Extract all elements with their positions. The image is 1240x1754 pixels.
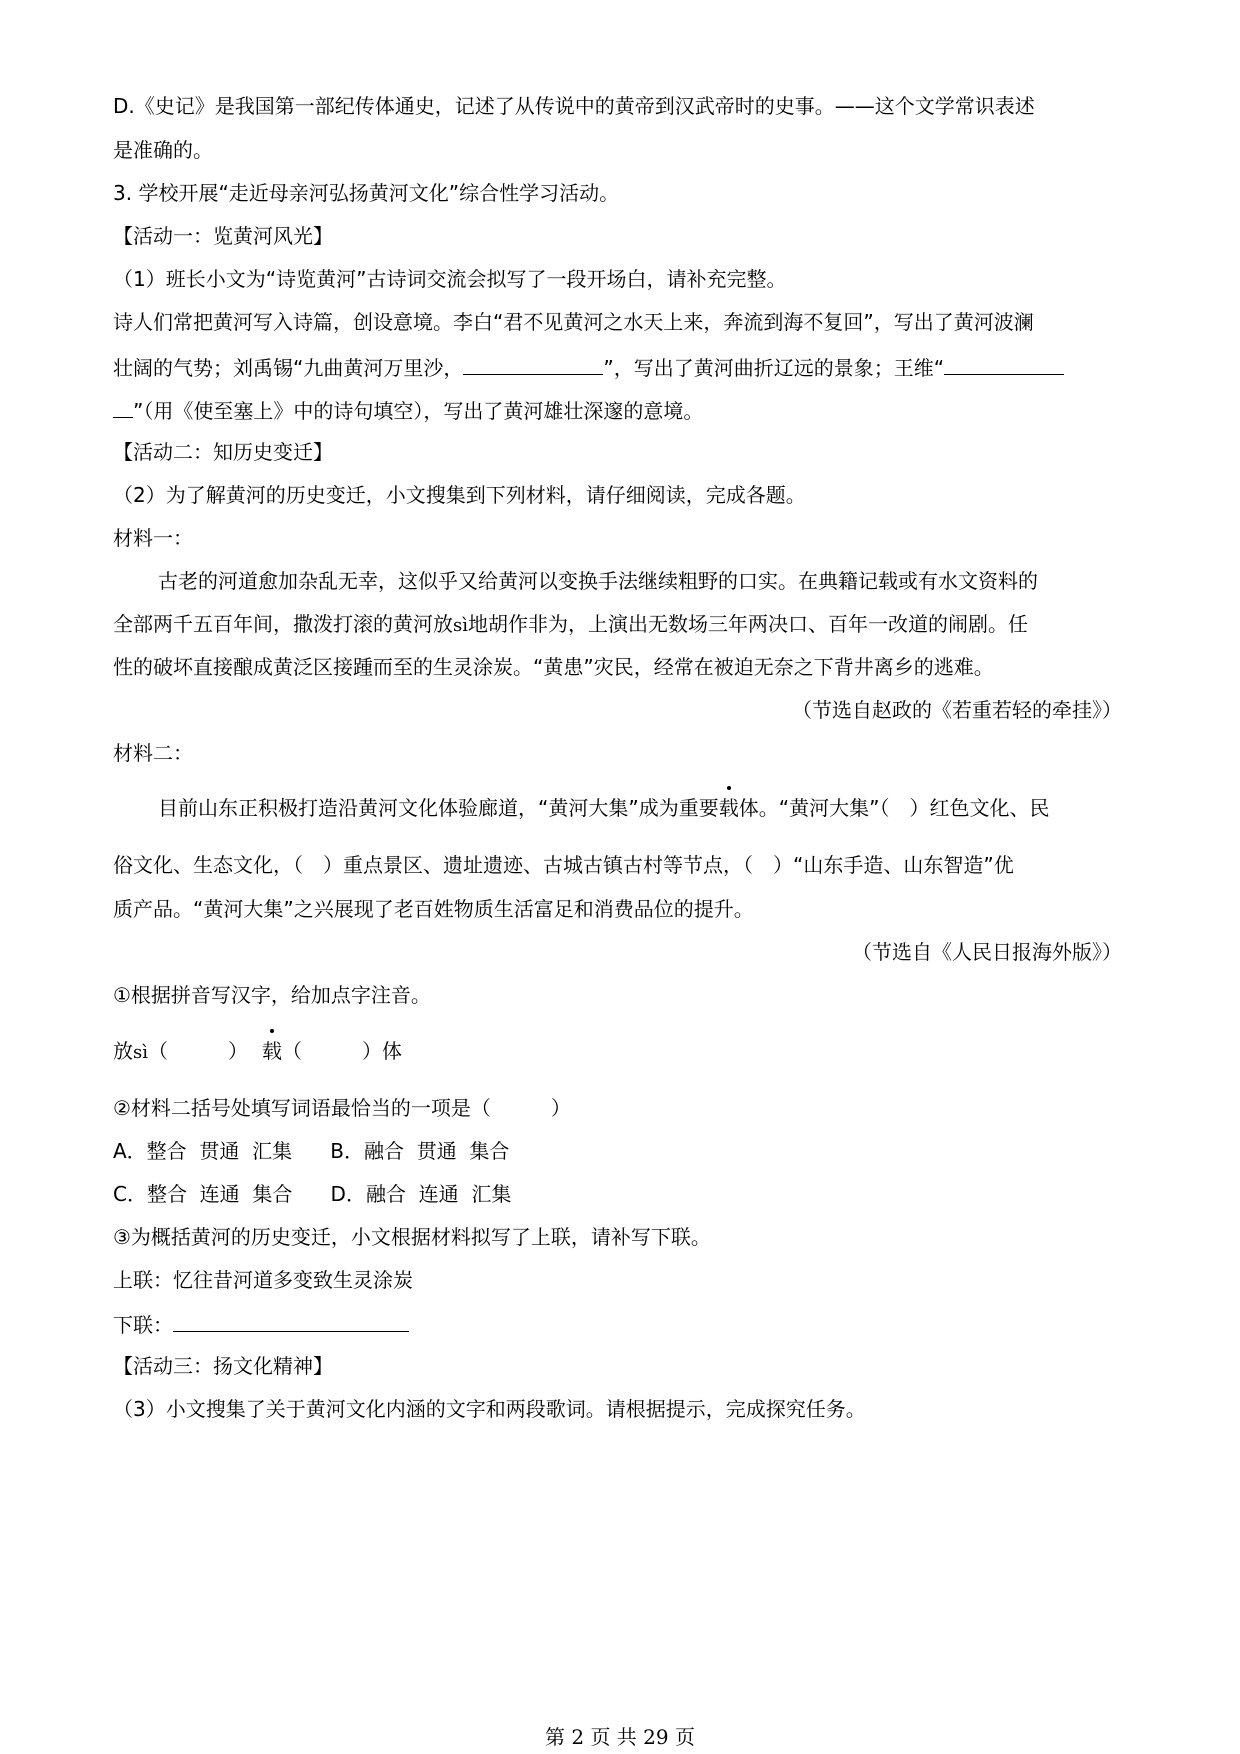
document-page: D.《史记》是我国第一部纪传体通史，记述了从传说中的黄帝到汉武帝时的史事。——这…	[0, 0, 1240, 1754]
text-line: 体。“黄河大集”（ ）红色文化、民	[739, 796, 1050, 820]
material-1-line-1: 古老的河道愈加杂乱无幸，这似乎又给黄河以变换手法继续粗野的口实。在典籍记载或有水…	[158, 567, 1038, 595]
fill-blank-liuyuxi[interactable]	[463, 352, 603, 375]
text-line: （3）小文搜集了关于黄河文化内涵的文字和两段歌词。请根据提示，完成探究任务。	[113, 1397, 866, 1421]
activity-2-heading: 【活动二：知历史变迁】	[113, 438, 333, 466]
opening-paragraph-line-3: ”（用《使至塞上》中的诗句填空），写出了黄河雄壮深邃的意境。	[113, 395, 703, 425]
task-3-prompt: ③为概括黄河的历史变迁，小文根据材料拟写了上联，请补写下联。	[113, 1223, 711, 1251]
choice-options[interactable]: A．整合 贯通 汇集 B．融合 贯通 集合	[113, 1139, 509, 1163]
answer-blank-si[interactable]: （ ）	[148, 1039, 248, 1063]
opening-paragraph-line-2: 壮阔的气势；刘禹锡“九曲黄河万里沙，”，写出了黄河曲折辽远的景象；王维“	[113, 352, 1064, 382]
subquestion-3: （3）小文搜集了关于黄河文化内涵的文字和两段歌词。请根据提示，完成探究任务。	[113, 1395, 866, 1423]
material-2-source: （节选自《人民日报海外版》）	[852, 938, 1122, 966]
option-d-continuation: 是准确的。	[113, 136, 213, 164]
material-1-line-3: 性的破坏直接酿成黄泛区接踵而至的生灵涂炭。“黄患”灾民，经常在被迫无奈之下背井离…	[113, 653, 994, 681]
pinyin-si: sì	[453, 615, 468, 636]
pinyin-si: sì	[133, 1042, 148, 1063]
text-line: 是准确的。	[113, 138, 213, 162]
text-line: 下联：	[113, 1313, 173, 1337]
text-line: ③为概括黄河的历史变迁，小文根据材料拟写了上联，请补写下联。	[113, 1225, 711, 1249]
task-2-prompt: ②材料二括号处填写词语最恰当的一项是（ ）	[113, 1094, 571, 1122]
text-line: ”，写出了黄河曲折辽远的景象；王维“	[603, 356, 944, 380]
material-1-source: （节选自赵政的《若重若轻的牵挂》）	[792, 696, 1122, 724]
text-line: 古老的河道愈加杂乱无幸，这似乎又给黄河以变换手法继续粗野的口实。在典籍记载或有水…	[158, 569, 1038, 593]
subquestion-1: （1）班长小文为“诗览黄河”古诗词交流会拟写了一段开场白，请补充完整。	[113, 265, 786, 293]
text-line: 材料二：	[113, 741, 193, 765]
material-2-line-1: 目前山东正积极打造沿黄河文化体验廊道，“黄河大集”成为重要载体。“黄河大集”（ …	[158, 794, 1049, 822]
task-2-options-cd: C．整合 连通 集合 D．融合 连通 汇集	[113, 1180, 511, 1208]
option-d-text: D.《史记》是我国第一部纪传体通史，记述了从传说中的黄帝到汉武帝时的史事。——这…	[113, 92, 1035, 120]
choice-options[interactable]: C．整合 连通 集合 D．融合 连通 汇集	[113, 1182, 511, 1206]
text-line: 目前山东正积极打造沿黄河文化体验廊道，“黄河大集”成为重要	[158, 796, 719, 820]
task-1-prompt: ①根据拼音写汉字，给加点字注音。	[113, 981, 431, 1009]
text-line: （1）班长小文为“诗览黄河”古诗词交流会拟写了一段开场白，请补充完整。	[113, 267, 786, 291]
text-line: 【活动三：扬文化精神】	[113, 1354, 333, 1378]
text-line: 3. 学校开展“走近母亲河弘扬黄河文化”综合性学习活动。	[113, 181, 619, 205]
text-line: 材料一：	[113, 526, 193, 550]
activity-3-heading: 【活动三：扬文化精神】	[113, 1352, 333, 1380]
text-line: （2）为了解黄河的历史变迁，小文搜集到下列材料，请仔细阅读，完成各题。	[113, 483, 806, 507]
lower-couplet: 下联：	[113, 1309, 409, 1339]
text-line: 质产品。“黄河大集”之兴展现了老百姓物质生活富足和消费品位的提升。	[113, 897, 754, 921]
fill-blank-wangwei-part1[interactable]	[944, 352, 1064, 375]
text-line: 【活动二：知历史变迁】	[113, 440, 333, 464]
text-line: 上联：忆往昔河道多变致生灵涂炭	[113, 1268, 413, 1292]
text-line: 地胡作非为，上演出无数场三年两决口、百年一改道的闹剧。任	[468, 612, 1028, 636]
text-line: 诗人们常把黄河写入诗篇，创设意境。李白“君不见黄河之水天上来，奔流到海不复回”，…	[113, 310, 1034, 334]
text-line: 放	[113, 1039, 133, 1063]
text-line: （节选自赵政的《若重若轻的牵挂》）	[792, 698, 1122, 722]
text-line: ②材料二括号处填写词语最恰当的一项是（ ）	[113, 1096, 571, 1120]
material-1-line-2: 全部两千五百年间，撒泼打滚的黄河放sì地胡作非为，上演出无数场三年两决口、百年一…	[113, 610, 1028, 640]
upper-couplet: 上联：忆往昔河道多变致生灵涂炭	[113, 1266, 413, 1294]
material-1-label: 材料一：	[113, 524, 193, 552]
text-line: 全部两千五百年间，撒泼打滚的黄河放	[113, 612, 453, 636]
answer-blank-zai[interactable]: （ ）体	[282, 1039, 402, 1063]
text-line: （节选自《人民日报海外版》）	[852, 940, 1122, 964]
material-2-line-2: 俗文化、生态文化，（ ）重点景区、遗址遗迹、古城古镇古村等节点，（ ）“山东手造…	[113, 851, 1014, 879]
text-line: D.《史记》是我国第一部纪传体通史，记述了从传说中的黄帝到汉武帝时的史事。——这…	[113, 94, 1035, 118]
opening-paragraph-line-1: 诗人们常把黄河写入诗篇，创设意境。李白“君不见黄河之水天上来，奔流到海不复回”，…	[113, 308, 1034, 336]
material-2-line-3: 质产品。“黄河大集”之兴展现了老百姓物质生活富足和消费品位的提升。	[113, 895, 754, 923]
activity-1-heading: 【活动一：览黄河风光】	[113, 222, 333, 250]
task-2-options-ab: A．整合 贯通 汇集 B．融合 贯通 集合	[113, 1137, 509, 1165]
text-line: ①根据拼音写汉字，给加点字注音。	[113, 983, 431, 1007]
page-footer: 第 2 页 共 29 页	[0, 1724, 1240, 1750]
subquestion-2: （2）为了解黄河的历史变迁，小文搜集到下列材料，请仔细阅读，完成各题。	[113, 481, 806, 509]
question-3-title: 3. 学校开展“走近母亲河弘扬黄河文化”综合性学习活动。	[113, 179, 619, 207]
dotted-char-zai: 载	[262, 1037, 282, 1065]
dotted-char-zai: 载	[719, 794, 739, 822]
text-line: 性的破坏直接酿成黄泛区接踵而至的生灵涂炭。“黄患”灾民，经常在被迫无奈之下背井离…	[113, 655, 994, 679]
text-line: 俗文化、生态文化，（ ）重点景区、遗址遗迹、古城古镇古村等节点，（ ）“山东手造…	[113, 853, 1014, 877]
material-2-label: 材料二：	[113, 739, 193, 767]
text-line: 【活动一：览黄河风光】	[113, 224, 333, 248]
text-line: 壮阔的气势；刘禹锡“九曲黄河万里沙，	[113, 356, 463, 380]
fill-blank-wangwei-part2[interactable]	[113, 395, 133, 418]
lower-couplet-blank[interactable]	[173, 1309, 409, 1332]
text-line: ”（用《使至塞上》中的诗句填空），写出了黄河雄壮深邃的意境。	[133, 399, 703, 423]
task-1-answers: 放sì（ ）载（ ）体	[113, 1037, 402, 1067]
